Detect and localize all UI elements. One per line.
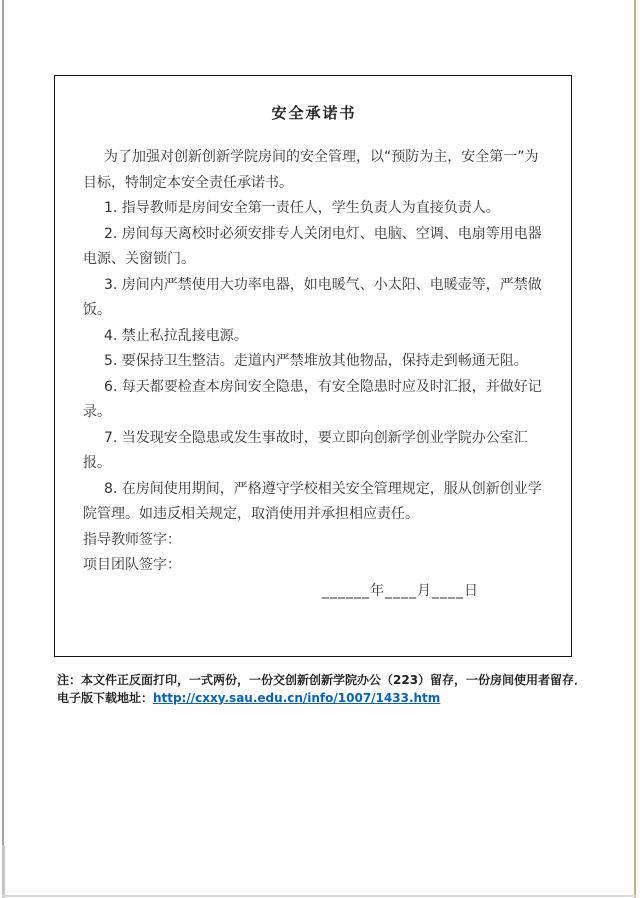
page-edge-right bbox=[634, 0, 636, 898]
intro-paragraph: 为了加强对创新创新学院房间的安全管理，以“预防为主，安全第一”为目标，特制定本安… bbox=[83, 145, 545, 196]
date-line: ______年____月____日 bbox=[83, 579, 545, 605]
page-edge-left-lower bbox=[2, 845, 5, 898]
item-3: 3. 房间内严禁使用大功率电器，如电暖气、小太阳、电暖壶等，严禁做饭。 bbox=[83, 273, 545, 324]
item-6: 6. 每天都要检查本房间安全隐患，有安全隐患时应及时汇报，并做好记录。 bbox=[83, 375, 545, 426]
document-page: 安全承诺书 为了加强对创新创新学院房间的安全管理，以“预防为主，安全第一”为目标… bbox=[0, 0, 640, 898]
page-edge-bottom bbox=[2, 895, 636, 897]
footnote-line2: 电子版下载地址：http://cxxy.sau.edu.cn/info/1007… bbox=[57, 690, 597, 708]
page-edge-left bbox=[2, 0, 4, 898]
commitment-box: 安全承诺书 为了加强对创新创新学院房间的安全管理，以“预防为主，安全第一”为目标… bbox=[54, 75, 572, 657]
download-address-label: 电子版下载地址： bbox=[57, 691, 153, 705]
footnote: 注：本文件正反面打印，一式两份，一份交创新创新学院办公（223）留存，一份房间使… bbox=[57, 672, 597, 707]
item-1: 1. 指导教师是房间安全第一责任人，学生负责人为直接负责人。 bbox=[83, 196, 545, 222]
item-7: 7. 当发现安全隐患或发生事故时，要立即向创新学创业学院办公室汇报。 bbox=[83, 426, 545, 477]
team-signature-label: 项目团队签字： bbox=[83, 553, 545, 579]
teacher-signature-label: 指导教师签字： bbox=[83, 528, 545, 554]
download-link[interactable]: http://cxxy.sau.edu.cn/info/1007/1433.ht… bbox=[153, 691, 440, 705]
item-4: 4. 禁止私拉乱接电源。 bbox=[83, 324, 545, 350]
item-8: 8. 在房间使用期间，严格遵守学校相关安全管理规定，服从创新创业学院管理。如违反… bbox=[83, 477, 545, 528]
document-title: 安全承诺书 bbox=[83, 102, 545, 124]
item-2: 2. 房间每天离校时必须安排专人关闭电灯、电脑、空调、电扇等用电器电源、关窗锁门… bbox=[83, 222, 545, 273]
footnote-line1: 注：本文件正反面打印，一式两份，一份交创新创新学院办公（223）留存，一份房间使… bbox=[57, 672, 597, 690]
item-5: 5. 要保持卫生整洁。走道内严禁堆放其他物品，保持走到畅通无阻。 bbox=[83, 349, 545, 375]
